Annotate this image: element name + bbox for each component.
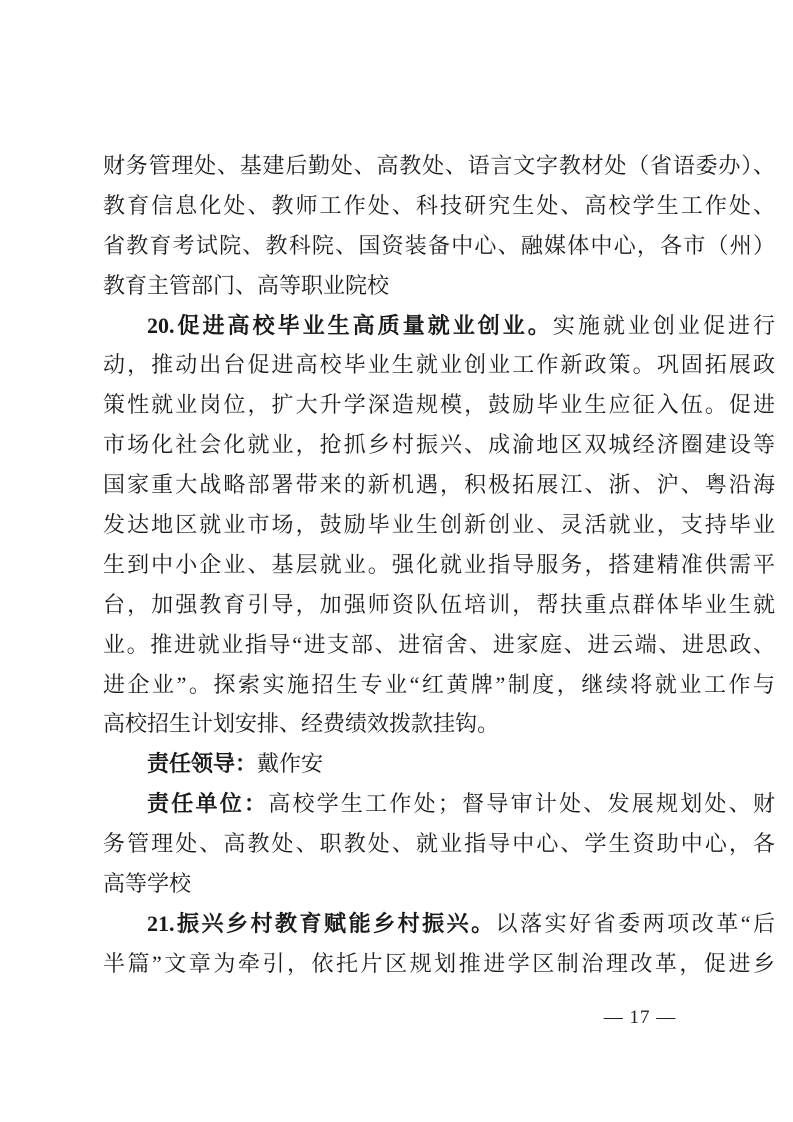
item-21-heading: 21.振兴乡村教育赋能乡村振兴。 bbox=[147, 911, 496, 936]
text-line: 发达地区就业市场，鼓励毕业生创新创业、灵活就业，支持毕业 bbox=[103, 505, 775, 545]
text-line: 责任领导：戴作安 bbox=[103, 744, 775, 784]
text-line: 动，推动出台促进高校毕业生就业创业工作新政策。巩固拓展政 bbox=[103, 345, 775, 385]
text-line: 进企业”。探索实施招生专业“红黄牌”制度，继续将就业工作与 bbox=[103, 665, 775, 705]
text-line: 务管理处、高教处、职教处、就业指导中心、学生资助中心，各 bbox=[103, 824, 775, 864]
text-line: 高等学校 bbox=[103, 864, 775, 904]
text-line: 教育主管部门、高等职业院校 bbox=[103, 266, 775, 306]
page-number: — 17 — bbox=[575, 1003, 705, 1033]
text-line: 财务管理处、基建后勤处、高教处、语言文字教材处（省语委办）、 bbox=[103, 146, 775, 186]
responsible-leader-value: 戴作安 bbox=[257, 751, 323, 776]
responsible-leader-label: 责任领导： bbox=[147, 751, 257, 776]
continuation-paragraph: 财务管理处、基建后勤处、高教处、语言文字教材处（省语委办）、 教育信息化处、教师… bbox=[103, 146, 775, 306]
responsible-unit-label: 责任单位： bbox=[147, 791, 268, 816]
text-line: 国家重大战略部署带来的新机遇，积极拓展江、浙、沪、粤沿海 bbox=[103, 465, 775, 505]
paragraph-item-20: 20.促进高校毕业生高质量就业创业。实施就业创业促进行 动，推动出台促进高校毕业… bbox=[103, 306, 775, 745]
paragraph-item-21: 21.振兴乡村教育赋能乡村振兴。以落实好省委两项改革“后 半篇”文章为牵引，依托… bbox=[103, 904, 775, 984]
text-line: 21.振兴乡村教育赋能乡村振兴。以落实好省委两项改革“后 bbox=[103, 904, 775, 944]
responsible-leader-line: 责任领导：戴作安 bbox=[103, 744, 775, 784]
text-line: 教育信息化处、教师工作处、科技研究生处、高校学生工作处、 bbox=[103, 186, 775, 226]
text-line: 策性就业岗位，扩大升学深造规模，鼓励毕业生应征入伍。促进 bbox=[103, 385, 775, 425]
text-line: 责任单位：高校学生工作处；督导审计处、发展规划处、财 bbox=[103, 784, 775, 824]
text-line: 市场化社会化就业，抢抓乡村振兴、成渝地区双城经济圈建设等 bbox=[103, 425, 775, 465]
responsible-unit-paragraph: 责任单位：高校学生工作处；督导审计处、发展规划处、财 务管理处、高教处、职教处、… bbox=[103, 784, 775, 904]
item-20-body-start: 实施就业创业促进行 bbox=[553, 313, 775, 338]
document-page: 财务管理处、基建后勤处、高教处、语言文字教材处（省语委办）、 教育信息化处、教师… bbox=[0, 0, 793, 1122]
text-line: 省教育考试院、教科院、国资装备中心、融媒体中心，各市（州） bbox=[103, 226, 775, 266]
document-body: 财务管理处、基建后勤处、高教处、语言文字教材处（省语委办）、 教育信息化处、教师… bbox=[103, 146, 775, 984]
text-line: 生到中小企业、基层就业。强化就业指导服务，搭建精准供需平 bbox=[103, 545, 775, 585]
text-line: 高校招生计划安排、经费绩效拨款挂钩。 bbox=[103, 704, 775, 744]
responsible-unit-value-start: 高校学生工作处；督导审计处、发展规划处、财 bbox=[268, 791, 775, 816]
item-20-heading: 20.促进高校毕业生高质量就业创业。 bbox=[147, 313, 553, 338]
text-line: 台，加强教育引导，加强师资队伍培训，帮扶重点群体毕业生就 bbox=[103, 585, 775, 625]
item-21-body-start: 以落实好省委两项改革“后 bbox=[496, 911, 775, 936]
text-line: 业。推进就业指导“进支部、进宿舍、进家庭、进云端、进思政、 bbox=[103, 625, 775, 665]
text-line: 20.促进高校毕业生高质量就业创业。实施就业创业促进行 bbox=[103, 306, 775, 346]
text-line: 半篇”文章为牵引，依托片区规划推进学区制治理改革，促进乡 bbox=[103, 944, 775, 984]
